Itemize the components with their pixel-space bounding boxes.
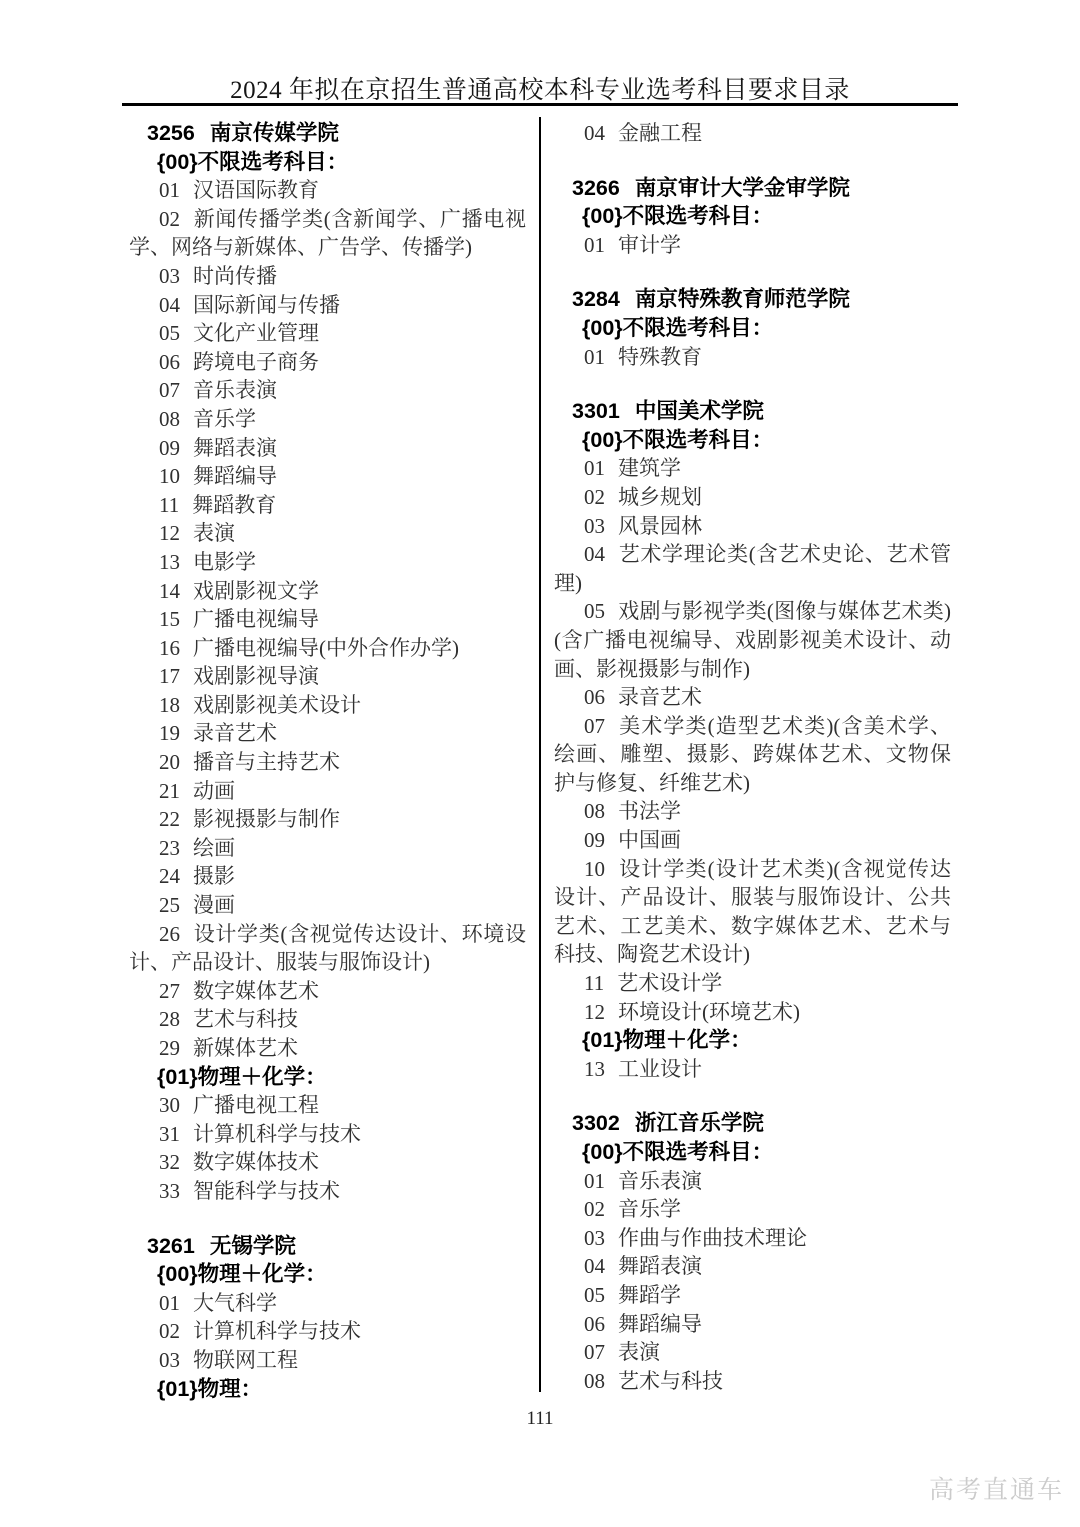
major-number: 05 [159,321,180,345]
major-name: 戏剧影视美术设计 [193,693,361,717]
major-item: 21动画 [129,777,526,806]
major-item: 06舞蹈编导 [554,1310,951,1339]
major-item: 05戏剧与影视学类(图像与媒体艺术类)(含广播电视编导、戏剧影视美术设计、动画、… [554,597,951,683]
major-item: 02音乐学 [554,1195,951,1224]
watermark: 高考直通车 [929,1470,1064,1506]
major-number: 11 [584,971,604,995]
major-number: 07 [159,378,180,402]
major-number: 12 [584,1000,605,1024]
major-number: 22 [159,807,180,831]
major-item: 04艺术学理论类(含艺术史论、艺术管理) [554,540,951,597]
major-name: 舞蹈编导 [618,1312,702,1336]
major-name: 美术学类(造型艺术类)(含美术学、绘画、雕塑、摄影、跨媒体艺术、文物保护与修复、… [554,714,951,795]
major-number: 24 [159,864,180,888]
major-number: 30 [159,1093,180,1117]
major-item: 08音乐学 [129,405,526,434]
major-item: 06录音艺术 [554,683,951,712]
major-number: 27 [159,979,180,1003]
subject-group-heading: {00}不限选考科目： [554,202,951,231]
major-number: 02 [584,1197,605,1221]
major-name: 艺术学理论类(含艺术史论、艺术管理) [554,542,951,595]
major-number: 04 [159,293,180,317]
major-number: 26 [159,922,180,946]
major-number: 07 [584,714,605,738]
institution-name: 无锡学院 [210,1234,296,1258]
major-number: 03 [584,514,605,538]
subject-group-label: {00}不限选考科目： [582,204,773,228]
major-number: 33 [159,1179,180,1203]
left-column: 3256南京传媒学院{00}不限选考科目：01汉语国际教育02新闻传播学类(含新… [129,119,526,1403]
major-name: 艺术与科技 [193,1007,298,1031]
section-gap [554,259,951,285]
institution-code: 3301 [572,399,620,423]
major-name: 音乐表演 [193,378,277,402]
major-name: 舞蹈学 [618,1283,681,1307]
major-item: 13工业设计 [554,1055,951,1084]
major-number: 02 [584,485,605,509]
major-name: 舞蹈表演 [193,436,277,460]
major-number: 07 [584,1340,605,1364]
major-number: 09 [584,828,605,852]
institution-code: 3256 [147,121,195,145]
subject-group-label: {00}不限选考科目： [582,428,773,452]
major-name: 跨境电子商务 [193,350,319,374]
institution-heading: 3301中国美术学院 [554,397,951,426]
subject-group-label: {01}物理＋化学： [157,1065,327,1089]
major-item: 19录音艺术 [129,719,526,748]
major-name: 艺术设计学 [617,971,722,995]
major-name: 广播电视编导(中外合作办学) [193,636,459,660]
major-item: 22影视摄影与制作 [129,805,526,834]
major-name: 数字媒体技术 [193,1150,319,1174]
major-item: 09中国画 [554,826,951,855]
major-item: 07美术学类(造型艺术类)(含美术学、绘画、雕塑、摄影、跨媒体艺术、文物保护与修… [554,712,951,798]
institution-name: 浙江音乐学院 [635,1111,764,1135]
major-number: 03 [159,264,180,288]
major-name: 摄影 [193,864,235,888]
major-number: 08 [584,799,605,823]
major-item: 33智能科学与技术 [129,1177,526,1206]
major-name: 国际新闻与传播 [193,293,340,317]
major-number: 01 [584,345,605,369]
major-number: 01 [584,233,605,257]
section-gap [129,1206,526,1232]
major-number: 25 [159,893,180,917]
major-item: 01汉语国际教育 [129,176,526,205]
institution-code: 3261 [147,1234,195,1258]
header-rule [122,103,958,106]
major-item: 02计算机科学与技术 [129,1317,526,1346]
major-name: 戏剧与影视学类(图像与媒体艺术类)(含广播电视编导、戏剧影视美术设计、动画、影视… [554,599,951,680]
major-number: 31 [159,1122,180,1146]
major-number: 03 [584,1226,605,1250]
major-number: 16 [159,636,180,660]
major-item: 18戏剧影视美术设计 [129,691,526,720]
major-number: 10 [584,857,605,881]
major-item: 02新闻传播学类(含新闻学、广播电视学、网络与新媒体、广告学、传播学) [129,205,526,262]
subject-group-label: {00}物理＋化学： [157,1262,327,1286]
institution-code: 3284 [572,287,620,311]
institution-heading: 3302浙江音乐学院 [554,1109,951,1138]
subject-group-label: {01}物理： [157,1377,262,1401]
major-name: 特殊教育 [618,345,702,369]
major-name: 智能科学与技术 [193,1179,340,1203]
major-name: 时尚传播 [193,264,277,288]
major-number: 08 [584,1369,605,1393]
major-number: 21 [159,779,180,803]
major-item: 01音乐表演 [554,1167,951,1196]
major-name: 审计学 [618,233,681,257]
major-item: 04金融工程 [554,119,951,148]
document-page: 2024 年拟在京招生普通高校本科专业选考科目要求目录 3256南京传媒学院{0… [0,0,1080,1527]
major-name: 广播电视编导 [193,607,319,631]
major-name: 音乐学 [618,1197,681,1221]
major-item: 16广播电视编导(中外合作办学) [129,634,526,663]
institution-name: 中国美术学院 [635,399,764,423]
column-divider [539,117,541,1392]
major-name: 中国画 [618,828,681,852]
major-name: 城乡规划 [618,485,702,509]
major-item: 27数字媒体艺术 [129,977,526,1006]
major-item: 12表演 [129,519,526,548]
institution-heading: 3284南京特殊教育师范学院 [554,285,951,314]
major-item: 11艺术设计学 [554,969,951,998]
subject-group-heading: {01}物理＋化学： [129,1063,526,1092]
page-title: 2024 年拟在京招生普通高校本科专业选考科目要求目录 [0,70,1080,106]
major-item: 05文化产业管理 [129,319,526,348]
major-item: 11舞蹈教育 [129,491,526,520]
major-number: 04 [584,542,605,566]
major-name: 动画 [193,779,235,803]
institution-code: 3302 [572,1111,620,1135]
subject-group-label: {00}不限选考科目： [157,150,348,174]
subject-group-label: {01}物理＋化学： [582,1028,752,1052]
major-number: 13 [584,1057,605,1081]
major-number: 15 [159,607,180,631]
major-name: 大气科学 [193,1291,277,1315]
major-number: 18 [159,693,180,717]
major-item: 03风景园林 [554,512,951,541]
institution-name: 南京传媒学院 [210,121,339,145]
major-name: 表演 [193,521,235,545]
major-number: 13 [159,550,180,574]
major-number: 01 [159,1291,180,1315]
major-item: 32数字媒体技术 [129,1148,526,1177]
major-name: 物联网工程 [193,1348,298,1372]
major-number: 02 [159,207,180,231]
major-name: 影视摄影与制作 [193,807,340,831]
section-gap [554,148,951,174]
subject-group-heading: {01}物理＋化学： [554,1026,951,1055]
major-name: 数字媒体艺术 [193,979,319,1003]
major-number: 11 [159,493,179,517]
major-name: 计算机科学与技术 [193,1122,361,1146]
major-item: 25漫画 [129,891,526,920]
major-number: 06 [584,1312,605,1336]
major-item: 13电影学 [129,548,526,577]
major-number: 06 [159,350,180,374]
major-number: 03 [159,1348,180,1372]
major-item: 23绘画 [129,834,526,863]
institution-heading: 3266南京审计大学金审学院 [554,174,951,203]
major-item: 03时尚传播 [129,262,526,291]
major-number: 01 [584,1169,605,1193]
major-item: 04国际新闻与传播 [129,291,526,320]
major-name: 漫画 [193,893,235,917]
subject-group-heading: {00}不限选考科目： [554,426,951,455]
major-item: 01大气科学 [129,1289,526,1318]
subject-group-heading: {00}不限选考科目： [554,314,951,343]
page-number: 111 [0,1408,1080,1430]
major-name: 设计学类(设计艺术类)(含视觉传达设计、产品设计、服装与服饰设计、公共艺术、工艺… [554,857,951,967]
major-name: 舞蹈编导 [193,464,277,488]
major-number: 02 [159,1319,180,1343]
major-name: 新媒体艺术 [193,1036,298,1060]
major-name: 音乐表演 [618,1169,702,1193]
major-name: 计算机科学与技术 [193,1319,361,1343]
major-name: 汉语国际教育 [193,178,319,202]
major-item: 15广播电视编导 [129,605,526,634]
major-item: 03物联网工程 [129,1346,526,1375]
major-number: 04 [584,1254,605,1278]
major-item: 30广播电视工程 [129,1091,526,1120]
major-name: 工业设计 [618,1057,702,1081]
major-item: 02城乡规划 [554,483,951,512]
major-name: 书法学 [618,799,681,823]
major-number: 05 [584,1283,605,1307]
major-item: 05舞蹈学 [554,1281,951,1310]
major-name: 音乐学 [193,407,256,431]
major-item: 12环境设计(环境艺术) [554,998,951,1027]
section-gap [554,371,951,397]
major-item: 04舞蹈表演 [554,1252,951,1281]
major-item: 03作曲与作曲技术理论 [554,1224,951,1253]
major-number: 14 [159,579,180,603]
subject-group-heading: {00}不限选考科目： [554,1138,951,1167]
major-name: 作曲与作曲技术理论 [618,1226,807,1250]
major-name: 绘画 [193,836,235,860]
major-number: 23 [159,836,180,860]
major-name: 录音艺术 [193,721,277,745]
institution-name: 南京审计大学金审学院 [635,176,850,200]
major-name: 文化产业管理 [193,321,319,345]
major-name: 电影学 [193,550,256,574]
major-name: 录音艺术 [618,685,702,709]
major-item: 06跨境电子商务 [129,348,526,377]
major-name: 戏剧影视导演 [193,664,319,688]
subject-group-heading: {00}不限选考科目： [129,148,526,177]
major-item: 07音乐表演 [129,376,526,405]
major-number: 04 [584,121,605,145]
major-number: 20 [159,750,180,774]
institution-heading: 3261无锡学院 [129,1232,526,1261]
major-item: 01建筑学 [554,454,951,483]
major-item: 28艺术与科技 [129,1005,526,1034]
right-column: 04金融工程3266南京审计大学金审学院{00}不限选考科目：01审计学3284… [554,119,951,1395]
major-name: 艺术与科技 [618,1369,723,1393]
major-number: 10 [159,464,180,488]
major-item: 09舞蹈表演 [129,434,526,463]
major-item: 26设计学类(含视觉传达设计、环境设计、产品设计、服装与服饰设计) [129,920,526,977]
major-item: 10设计学类(设计艺术类)(含视觉传达设计、产品设计、服装与服饰设计、公共艺术、… [554,855,951,969]
major-name: 设计学类(含视觉传达设计、环境设计、产品设计、服装与服饰设计) [129,922,526,975]
major-item: 01特殊教育 [554,343,951,372]
major-item: 07表演 [554,1338,951,1367]
subject-group-heading: {01}物理： [129,1375,526,1404]
major-number: 01 [584,456,605,480]
major-number: 29 [159,1036,180,1060]
major-item: 24摄影 [129,862,526,891]
institution-name: 南京特殊教育师范学院 [635,287,850,311]
section-gap [554,1083,951,1109]
major-number: 05 [584,599,605,623]
major-number: 28 [159,1007,180,1031]
major-name: 戏剧影视文学 [193,579,319,603]
major-item: 14戏剧影视文学 [129,577,526,606]
major-name: 舞蹈表演 [618,1254,702,1278]
major-number: 32 [159,1150,180,1174]
subject-group-label: {00}不限选考科目： [582,1140,773,1164]
major-name: 建筑学 [618,456,681,480]
major-name: 风景园林 [618,514,702,538]
major-name: 表演 [618,1340,660,1364]
major-number: 12 [159,521,180,545]
major-number: 09 [159,436,180,460]
major-number: 19 [159,721,180,745]
major-item: 17戏剧影视导演 [129,662,526,691]
subject-group-label: {00}不限选考科目： [582,316,773,340]
major-number: 08 [159,407,180,431]
major-number: 01 [159,178,180,202]
major-name: 金融工程 [618,121,702,145]
major-number: 06 [584,685,605,709]
major-name: 舞蹈教育 [192,493,276,517]
major-item: 08书法学 [554,797,951,826]
major-name: 广播电视工程 [193,1093,319,1117]
major-item: 01审计学 [554,231,951,260]
institution-code: 3266 [572,176,620,200]
major-name: 新闻传播学类(含新闻学、广播电视学、网络与新媒体、广告学、传播学) [129,207,526,260]
major-item: 31计算机科学与技术 [129,1120,526,1149]
major-name: 播音与主持艺术 [193,750,340,774]
major-item: 29新媒体艺术 [129,1034,526,1063]
major-name: 环境设计(环境艺术) [618,1000,800,1024]
major-number: 17 [159,664,180,688]
subject-group-heading: {00}物理＋化学： [129,1260,526,1289]
major-item: 20播音与主持艺术 [129,748,526,777]
institution-heading: 3256南京传媒学院 [129,119,526,148]
major-item: 10舞蹈编导 [129,462,526,491]
major-item: 08艺术与科技 [554,1367,951,1396]
